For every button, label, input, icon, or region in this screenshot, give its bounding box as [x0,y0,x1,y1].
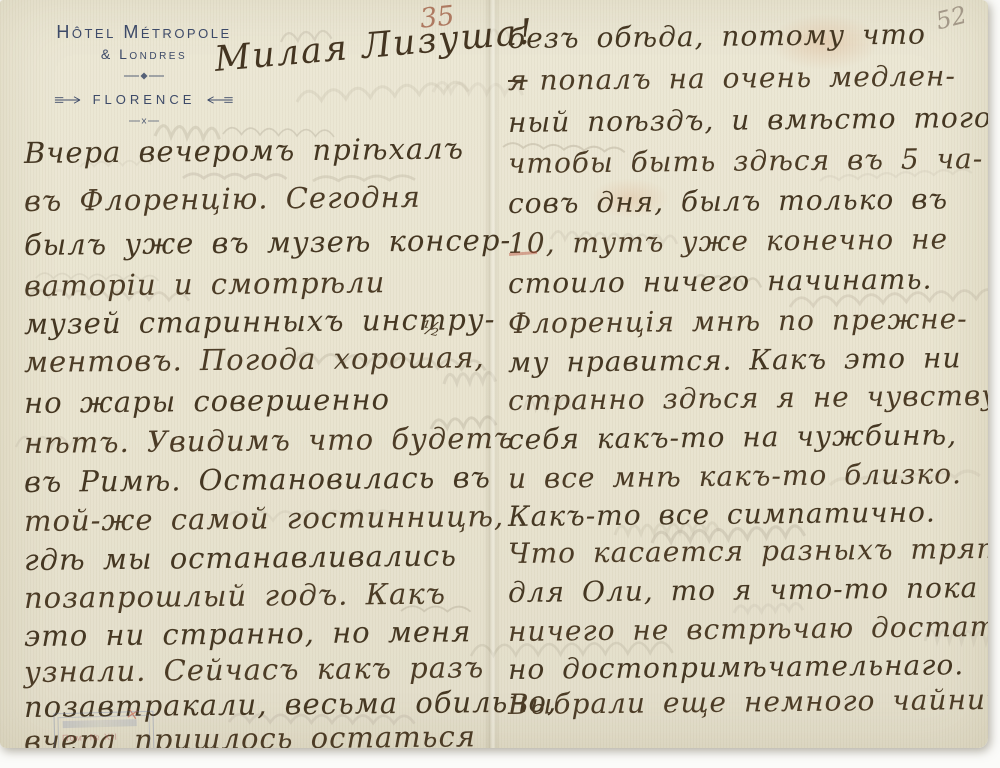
letter-scan: Hôtel Métropole & Londres Florence [0,0,988,748]
handwriting-line: ный поѣздъ, и вмѣсто того [508,101,988,139]
flourish-left-icon [54,95,86,105]
inventory-stamp: Пом. № XII [53,711,154,748]
handwriting-line: но жары совершенно [24,382,390,420]
handwriting-line: для Оли, то я что-то пока [508,571,979,609]
letterhead-city-row: Florence [54,92,234,107]
handwriting-line: Вчера вечеромъ пріѣхалъ [24,131,464,170]
handwriting-line: япопалъ на очень медлен- [508,59,956,97]
handwriting-line: чтобы быть здѣся въ 5 ча- [508,142,984,180]
handwriting-line: му нравится. Какъ это ни [508,341,962,379]
handwriting-line: позапрошлый годъ. Какъ [24,577,446,615]
handwriting-line: но достопримѣчательнаго. [508,648,964,686]
handwriting-line: Что касается разныхъ тряпокъ [508,531,988,570]
cross-ornament-icon [54,117,234,125]
handwriting-line: совъ дня, былъ только въ [508,182,948,220]
handwriting-line: въ Флоренцію. Сегодня [24,180,421,218]
handwriting-line-text: попалъ на очень медлен- [539,59,956,96]
handwriting-line: странно здѣся я не чувствую [508,379,988,417]
stamp-number-text: Пом. № XII [62,732,118,743]
handwriting-line: нѣтъ. Увидимъ что будетъ [24,421,515,460]
handwriting-line: стоило ничего начинать. [508,263,933,300]
crossed-out-word: я [508,64,528,97]
handwriting-line: и все мнѣ какъ-то близко. [508,457,962,495]
handwriting-line: Флоренція мнѣ по прежне- [508,302,968,340]
letter-greeting: Милая Лизуша! [213,12,536,80]
handwriting-line: узнали. Сейчасъ какъ разъ [24,650,485,689]
handwriting-line: той-же самой гостинницѣ, [24,499,505,538]
inserted-correction-mark: ½ [420,317,442,342]
handwriting-line: въ Римѣ. Остановилась въ [24,460,491,499]
pencil-page-number-left: 35 [418,0,455,34]
handwriting-line: это ни странно, но меня [24,614,472,653]
flourish-right-icon [202,95,234,105]
handwriting-line: былъ уже въ музеѣ консер- [24,223,512,262]
handwriting-line: себя какъ-то на чужбинѣ, [508,418,957,456]
letter-page-left: Hôtel Métropole & Londres Florence [14,0,488,748]
letterhead-hotel-name-2: & Londres [54,46,234,62]
handwriting-line: ничего не встрѣчаю достаточ- [508,609,988,648]
letter-page-right: безъ обѣда, потому что япопалъ на очень … [498,0,988,748]
handwriting-line: Какъ-то все симпатично. [508,496,936,533]
handwriting-line: гдѣ мы останавливались [24,538,457,577]
handwriting-line: 10, тутъ уже конечно не [508,222,948,260]
handwriting-line: ментовъ. Погода хорошая, [24,340,485,379]
handwriting-line: ваторіи и смотрѣли [24,265,386,303]
diamond-ornament-icon [54,72,234,80]
handwriting-line: Выбрали еще немного чайничекъ [508,682,988,721]
handwriting-line: безъ обѣда, потому что [508,18,926,55]
letterhead-city: Florence [93,92,196,107]
hotel-letterhead: Hôtel Métropole & Londres Florence [54,22,234,125]
letterhead-hotel-name: Hôtel Métropole [54,22,234,43]
